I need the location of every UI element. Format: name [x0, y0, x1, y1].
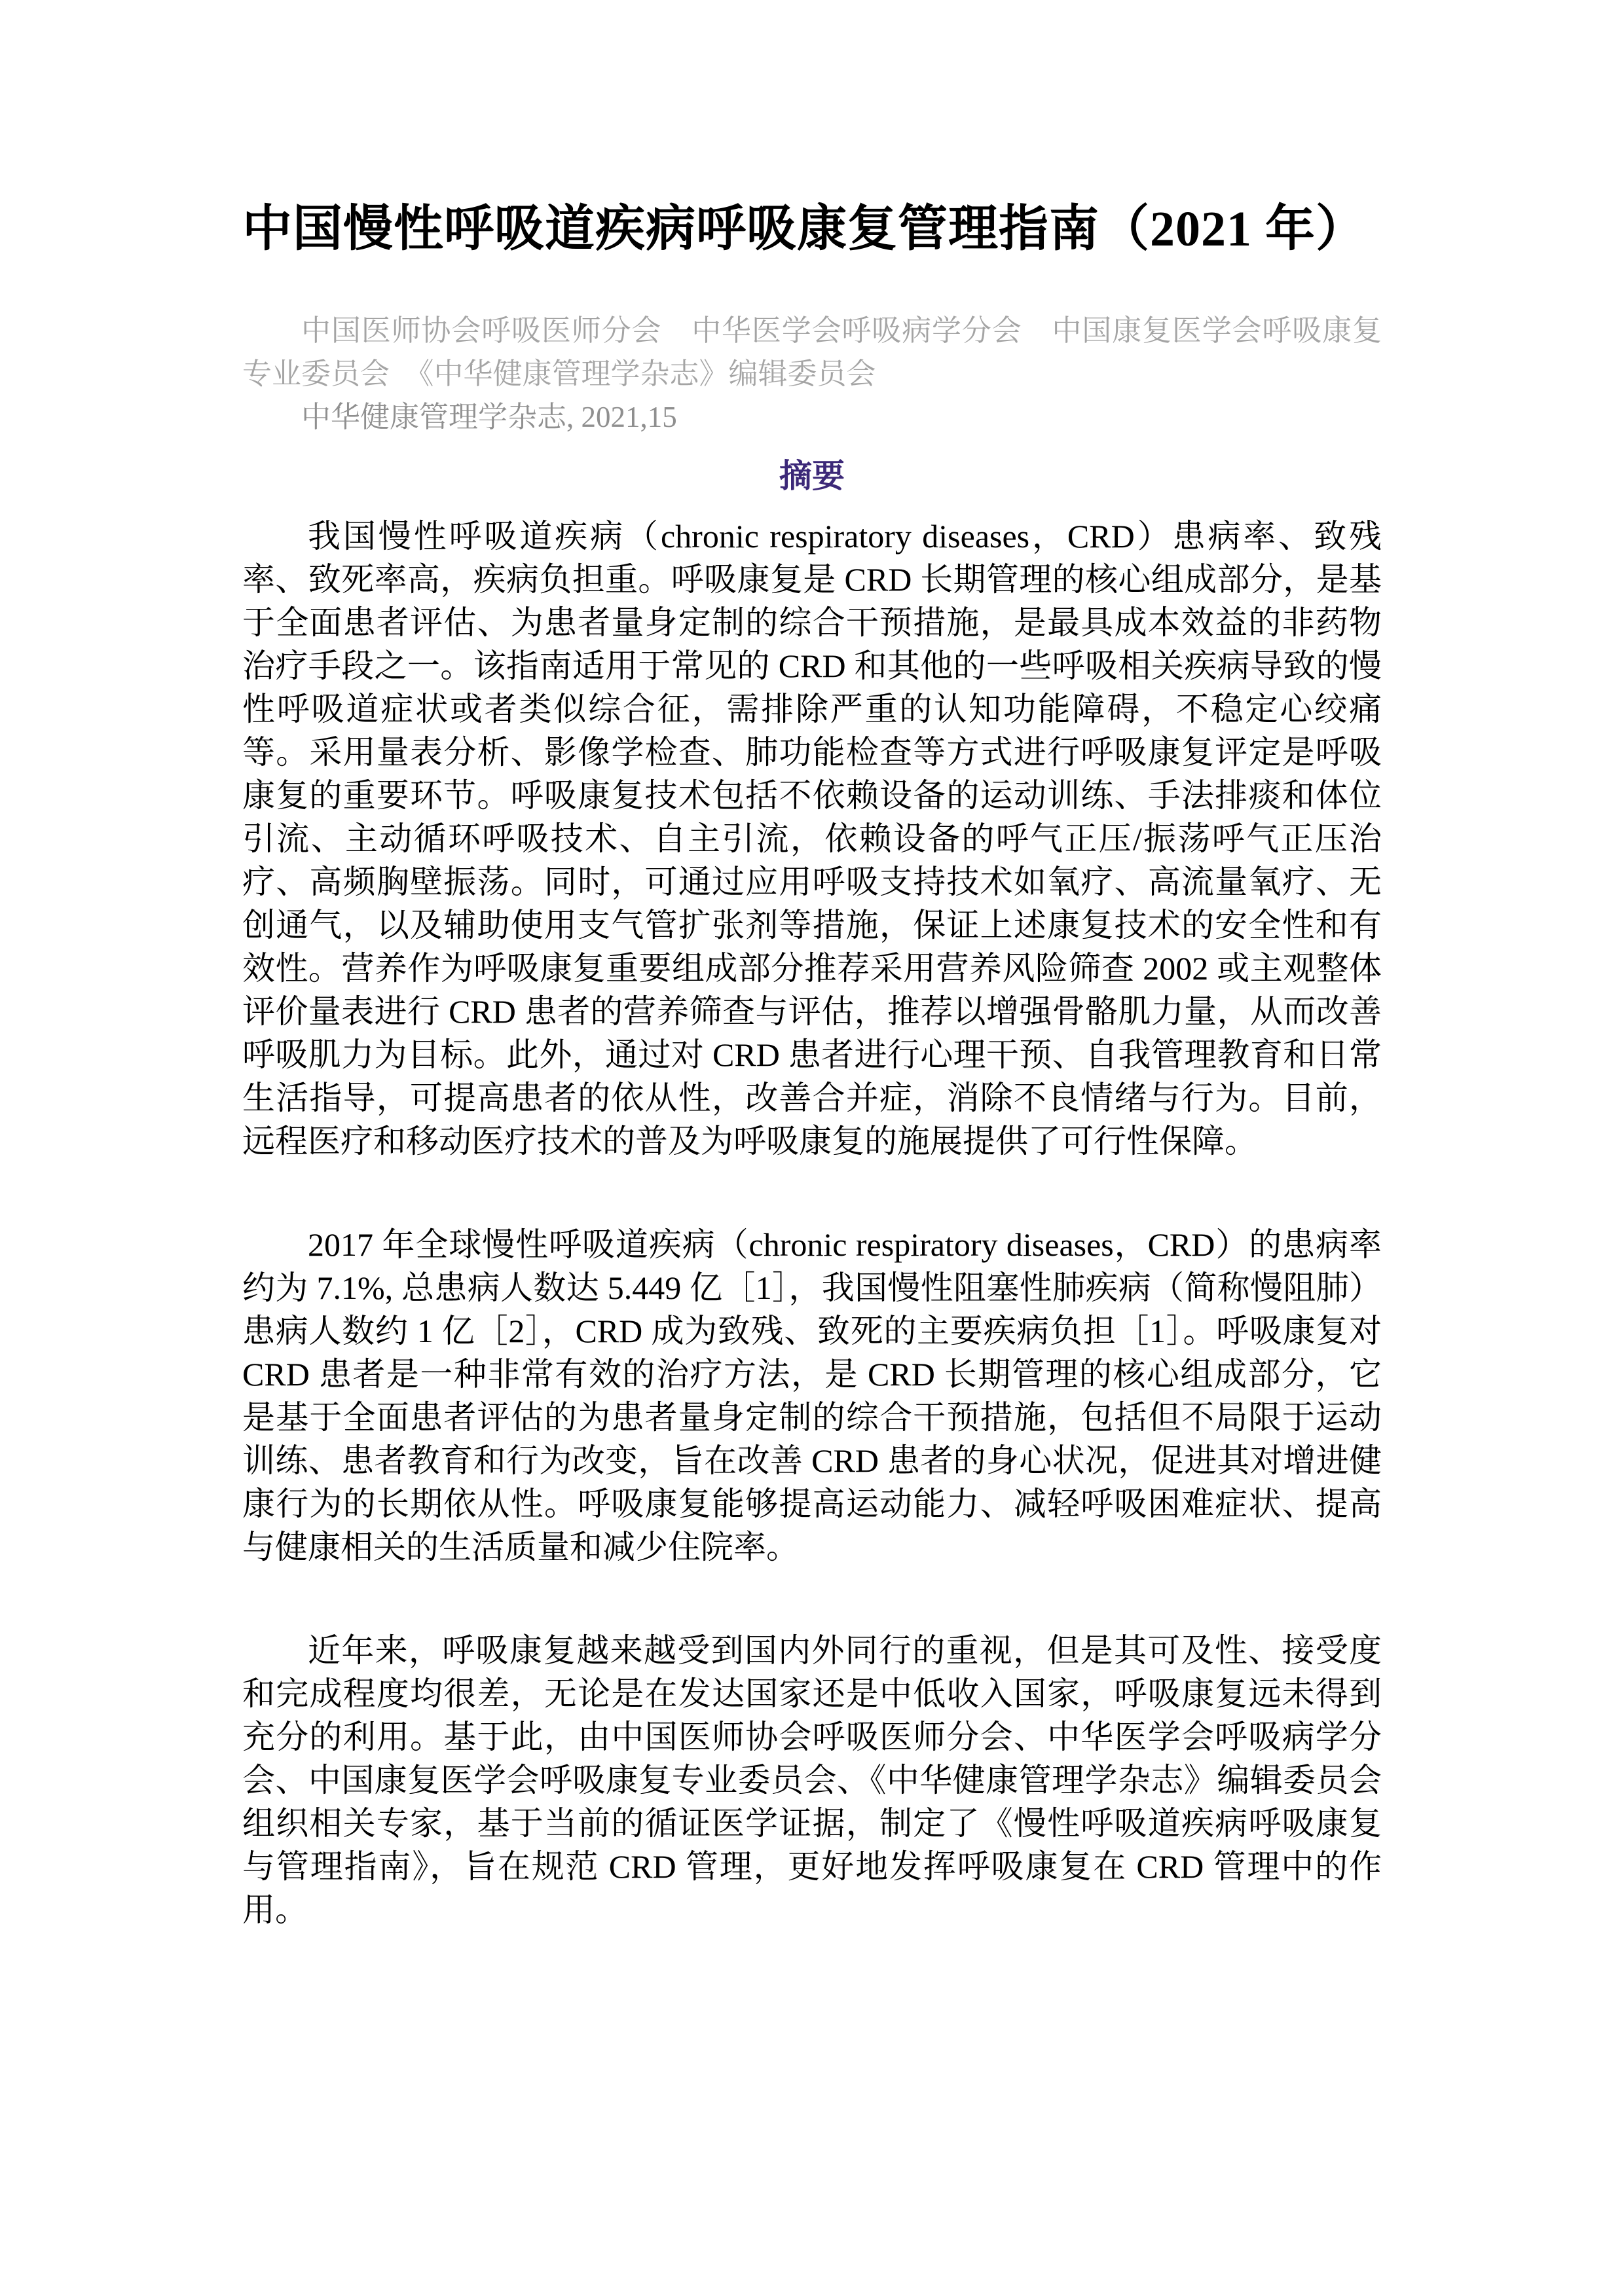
abstract-paragraph-3: 近年来，呼吸康复越来越受到国内外同行的重视，但是其可及性、接受度和完成程度均很差…: [242, 1629, 1382, 1931]
page-title: 中国慢性呼吸道疾病呼吸康复管理指南（2021 年）: [242, 196, 1382, 262]
abstract-heading: 摘要: [242, 454, 1382, 498]
abstract-paragraph-1: 我国慢性呼吸道疾病（chronic respiratory diseases，C…: [242, 515, 1382, 1163]
journal-citation: 中华健康管理学杂志, 2021,15: [242, 395, 1382, 439]
author-affiliations: 中国医师协会呼吸医师分会 中华医学会呼吸病学分会 中国康复医学会呼吸康复专业委员…: [242, 309, 1382, 395]
document-content: 中国慢性呼吸道疾病呼吸康复管理指南（2021 年） 中国医师协会呼吸医师分会 中…: [242, 196, 1382, 1992]
abstract-paragraph-2: 2017 年全球慢性呼吸道疾病（chronic respiratory dise…: [242, 1223, 1382, 1569]
document-page: 中国慢性呼吸道疾病呼吸康复管理指南（2021 年） 中国医师协会呼吸医师分会 中…: [0, 0, 1624, 2296]
